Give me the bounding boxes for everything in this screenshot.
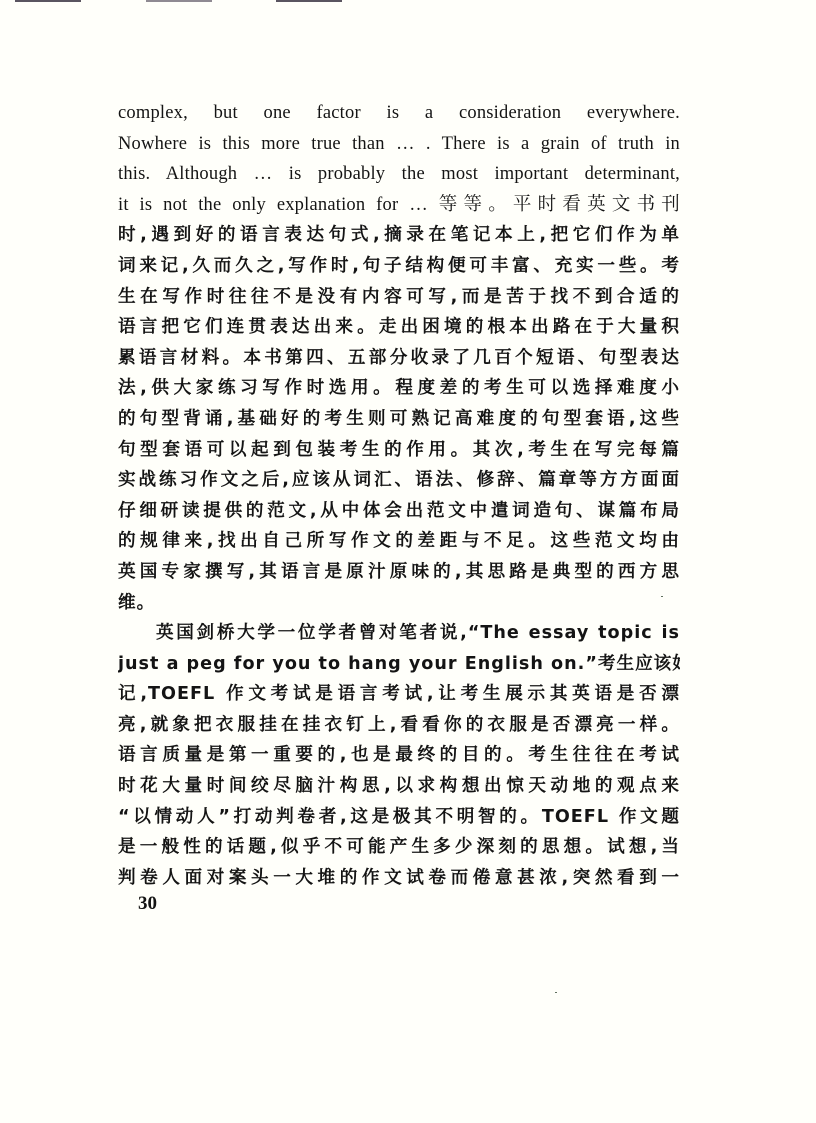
page-number: 30 (138, 893, 157, 915)
paragraph-start-line: 英国剑桥大学一位学者曾对笔者说,“The essay topic is (118, 618, 680, 649)
text-line: 的句型背诵,基础好的考生则可熟记高难度的句型套语,这些 (118, 404, 680, 435)
text-line: just a peg for you to hang your English … (118, 649, 680, 680)
text-line: 时花大量时间绞尽脑汁构思,以求构想出惊天动地的观点来 (118, 771, 680, 802)
text-line: 累语言材料。本书第四、五部分收录了几百个短语、句型表达 (118, 343, 680, 374)
body-text: complex, but one factor is a considerati… (118, 98, 680, 893)
text-line: 实战练习作文之后,应该从词汇、语法、修辞、篇章等方方面面 (118, 465, 680, 496)
scan-edge-mark (15, 0, 81, 2)
text-line: 仔细研读提供的范文,从中体会出范文中遣词造句、谋篇布局 (118, 496, 680, 527)
text-line: 时,遇到好的语言表达句式,摘录在笔记本上,把它们作为单 (118, 220, 680, 251)
text-line: complex, but one factor is a considerati… (118, 98, 680, 129)
scan-edge-mark (146, 0, 212, 2)
text-line: 是一般性的话题,似乎不可能产生多少深刻的思想。试想,当 (118, 832, 680, 863)
text-line: 维。 (118, 588, 680, 619)
document-page: complex, but one factor is a considerati… (0, 0, 816, 1123)
text-line: 语言质量是第一重要的,也是最终的目的。考生往往在考试 (118, 740, 680, 771)
text-line: 英国专家撰写,其语言是原汁原味的,其思路是典型的西方思 (118, 557, 680, 588)
text-line: “以情动人”打动判卷者,这是极其不明智的。TOEFL 作文题 (118, 802, 680, 833)
text-line: 记,TOEFL 作文考试是语言考试,让考生展示其英语是否漂 (118, 679, 680, 710)
text-line: 判卷人面对案头一大堆的作文试卷而倦意甚浓,突然看到一 (118, 863, 680, 894)
text-line: it is not the only explanation for … 等等。… (118, 190, 680, 221)
scan-edge-mark (276, 0, 342, 2)
text-line: Nowhere is this more true than … . There… (118, 129, 680, 160)
text-line: 语言把它们连贯表达出来。走出困境的根本出路在于大量积 (118, 312, 680, 343)
text-line: 词来记,久而久之,写作时,句子结构便可丰富、充实一些。考 (118, 251, 680, 282)
text-line: 句型套语可以起到包装考生的作用。其次,考生在写完每篇 (118, 435, 680, 466)
text-line: 亮,就象把衣服挂在挂衣钉上,看看你的衣服是否漂亮一样。 (118, 710, 680, 741)
scan-speck (661, 596, 663, 597)
text-line: this. Although … is probably the most im… (118, 159, 680, 190)
scan-speck (555, 992, 557, 993)
text-line: 生在写作时往往不是没有内容可写,而是苦于找不到合适的 (118, 282, 680, 313)
text-line: 法,供大家练习写作时选用。程度差的考生可以选择难度小 (118, 373, 680, 404)
text-line: 的规律来,找出自己所写作文的差距与不足。这些范文均由 (118, 526, 680, 557)
